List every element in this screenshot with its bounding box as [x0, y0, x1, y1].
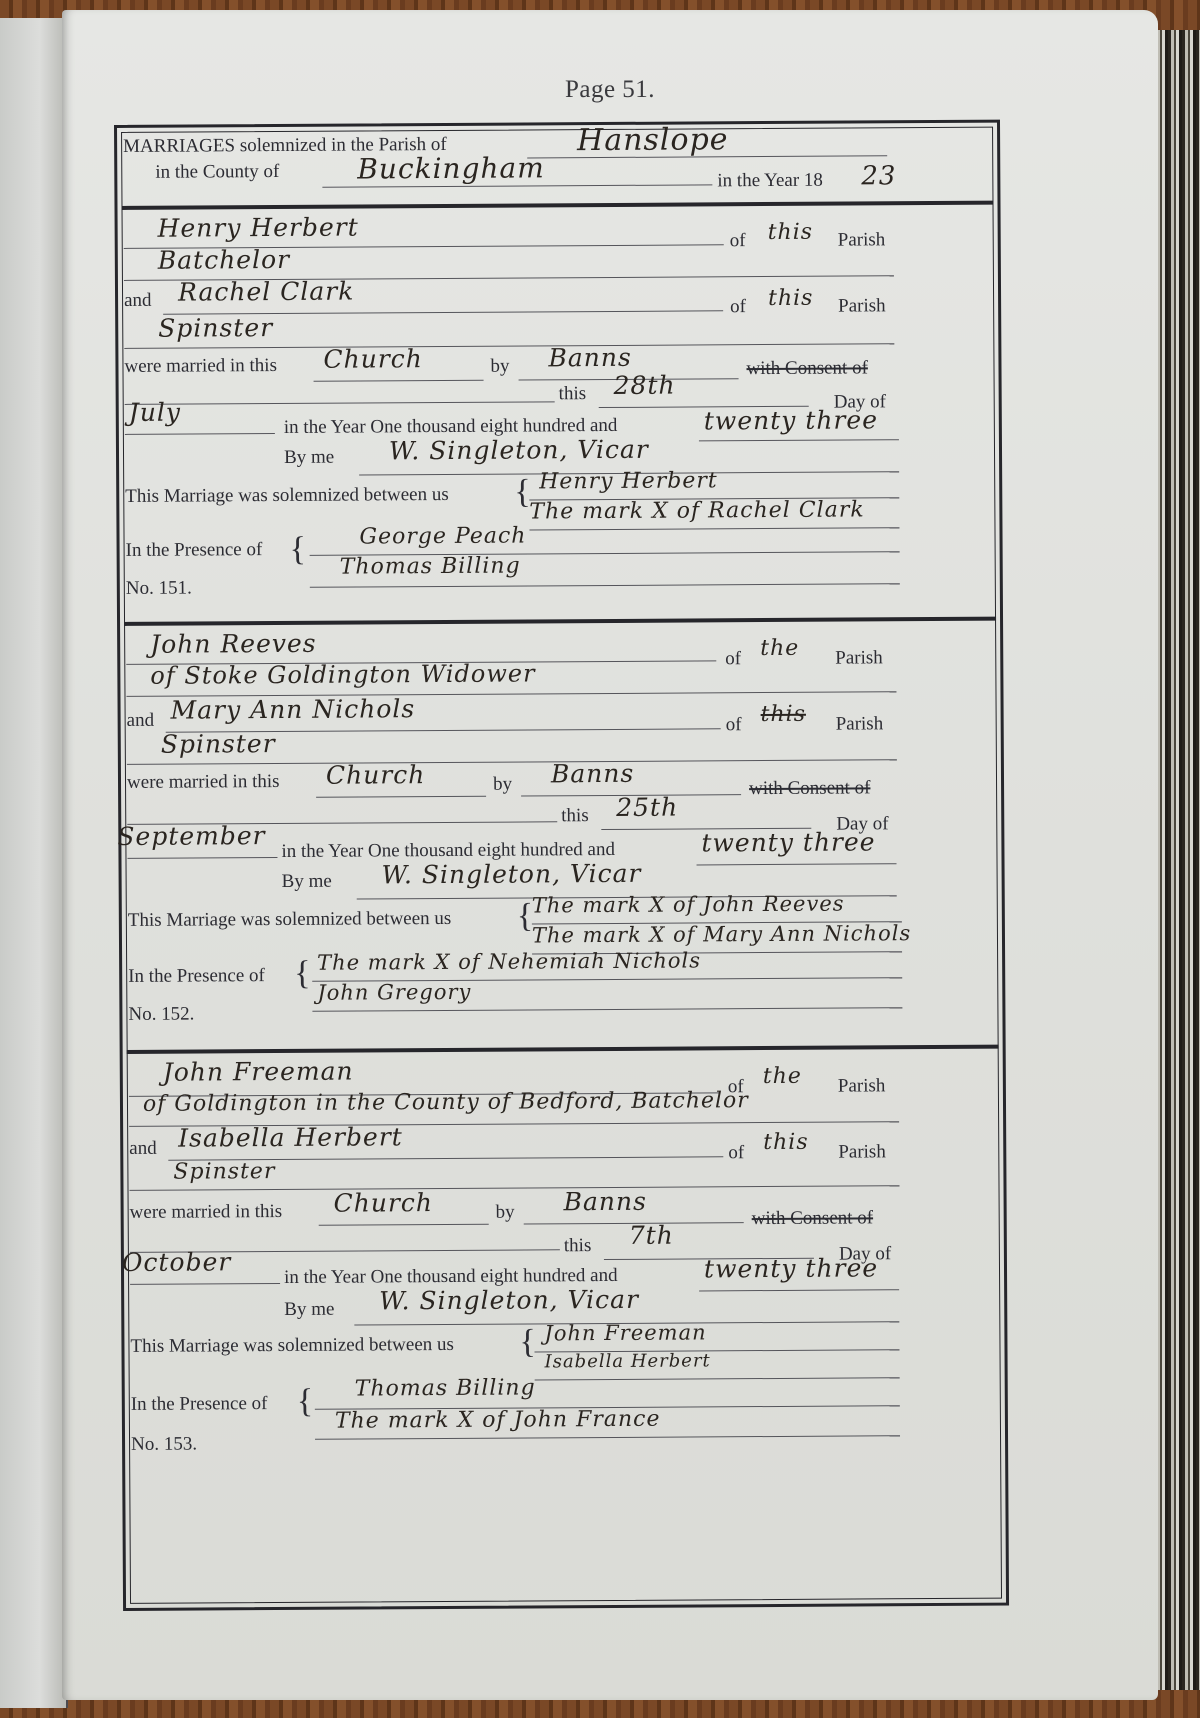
bride-parish: this	[768, 286, 813, 311]
witness-1: George Peach	[359, 523, 526, 549]
officiant: W. Singleton, Vicar	[379, 1285, 639, 1316]
marriage-entry-153: John Freeman of the Parish of Goldington…	[117, 123, 997, 128]
couple-signature-2: The mark X of Mary Ann Nichols	[532, 921, 911, 947]
groom-status: of Stoke Goldington Widower	[150, 659, 535, 689]
couple-signature-1: John Freeman	[544, 1320, 706, 1345]
groom-parish: the	[763, 1064, 802, 1089]
marriage-method: Banns	[563, 1187, 646, 1217]
county-name: Buckingham	[357, 151, 545, 185]
entry-number: No. 153.	[131, 1434, 197, 1456]
entry-number: No. 152.	[128, 1004, 194, 1026]
marriage-place: Church	[334, 1188, 434, 1218]
marriage-method: Banns	[548, 343, 631, 373]
header-line2-label: in the County of	[155, 161, 279, 184]
section-divider	[121, 201, 993, 210]
couple-signature-1: The mark X of John Reeves	[532, 892, 845, 918]
marriage-register-form: MARRIAGES solemnized in the Parish of Ha…	[114, 120, 1009, 1611]
marriage-month: September	[117, 821, 265, 851]
bride-name: Rachel Clark	[178, 277, 354, 307]
page-number: Page 51.	[62, 76, 1158, 104]
marriage-day: 28th	[614, 371, 676, 400]
groom-name: John Reeves	[150, 629, 317, 659]
marriage-entry-151: Henry Herbert of this Parish Batchelor a…	[117, 123, 997, 128]
marriage-year-words: twenty three	[704, 405, 878, 435]
couple-signature-1: Henry Herbert	[539, 468, 718, 494]
marriage-entry-152: John Reeves of the Parish of Stoke Goldi…	[117, 123, 997, 128]
parish-name: Hanslope	[577, 122, 729, 158]
witness-1: Thomas Billing	[355, 1375, 536, 1401]
marriage-year-words: twenty three	[701, 827, 875, 857]
bride-status: Spinster	[158, 313, 273, 343]
couple-signature-2: The mark X of Rachel Clark	[529, 497, 864, 524]
marriage-method: Banns	[551, 759, 634, 789]
marriage-year-words: twenty three	[704, 1253, 878, 1283]
groom-status: Batchelor	[158, 245, 290, 275]
bride-parish: this	[761, 702, 806, 727]
witness-1: The mark X of Nehemiah Nichols	[317, 948, 701, 974]
bride-name: Isabella Herbert	[178, 1122, 403, 1152]
consent-struck: with Consent of	[749, 777, 871, 800]
officiant: W. Singleton, Vicar	[389, 435, 649, 466]
groom-status: of Goldington in the County of Bedford, …	[143, 1088, 749, 1117]
consent-struck: with Consent of	[746, 357, 868, 380]
year-label: in the Year 18	[717, 170, 823, 193]
groom-name: John Freeman	[163, 1057, 354, 1087]
marriage-month: October	[122, 1247, 232, 1277]
bride-name: Mary Ann Nichols	[170, 694, 415, 724]
section-divider	[124, 617, 996, 626]
entry-number: No. 151.	[126, 578, 192, 600]
facing-page-edge	[0, 18, 68, 1708]
bride-parish: this	[763, 1130, 808, 1155]
groom-parish: this	[768, 220, 813, 245]
year-value: 23	[861, 161, 896, 191]
marriage-place: Church	[323, 344, 423, 374]
section-divider	[127, 1045, 999, 1054]
bride-status: Spinster	[161, 729, 276, 759]
marriage-place: Church	[326, 760, 426, 790]
groom-name: Henry Herbert	[158, 213, 359, 243]
marriage-month: July	[129, 398, 181, 427]
marriage-day: 7th	[629, 1221, 674, 1250]
officiant: W. Singleton, Vicar	[381, 859, 641, 890]
marriage-day: 25th	[616, 793, 678, 822]
bride-status: Spinster	[173, 1159, 275, 1185]
couple-signature-2: Isabella Herbert	[544, 1350, 710, 1372]
consent-struck: with Consent of	[752, 1207, 874, 1230]
witness-2: Thomas Billing	[340, 554, 521, 580]
witness-2: John Gregory	[317, 980, 471, 1005]
groom-parish: the	[760, 636, 799, 661]
witness-2: The mark X of John France	[335, 1407, 661, 1434]
register-header: MARRIAGES solemnized in the Parish of Ha…	[117, 123, 997, 128]
